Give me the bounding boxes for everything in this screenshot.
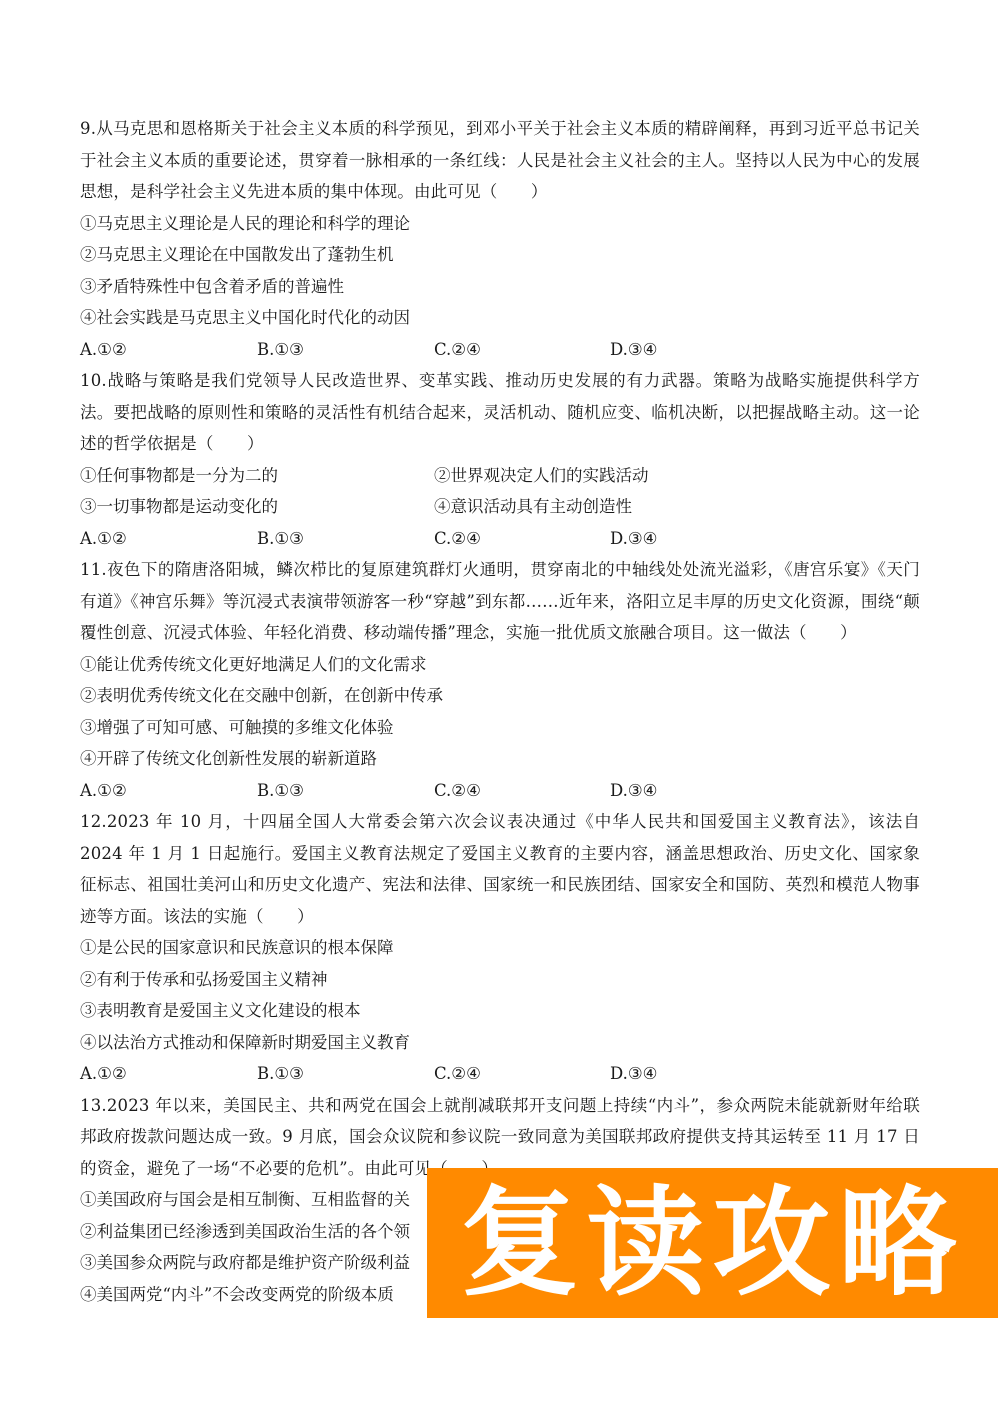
answer-b: B.①③ (257, 523, 434, 555)
answer-choices: A.①② B.①③ C.②④ D.③④ (80, 523, 920, 555)
option-1: ①能让优秀传统文化更好地满足人们的文化需求 (80, 649, 920, 681)
answer-b: B.①③ (257, 1058, 434, 1090)
option-2: ②表明优秀传统文化在交融中创新，在创新中传承 (80, 680, 920, 712)
answer-a: A.①② (80, 1058, 257, 1090)
option-4: ④开辟了传统文化创新性发展的崭新道路 (80, 743, 920, 775)
option-2: ②有利于传承和弘扬爱国主义精神 (80, 964, 920, 996)
answer-d: D.③④ (610, 1058, 786, 1090)
option-grid: ①任何事物都是一分为二的 ②世界观决定人们的实践活动 ③一切事物都是运动变化的 … (80, 460, 920, 523)
option-2: ②马克思主义理论在中国散发出了蓬勃生机 (80, 239, 920, 271)
answer-c: C.②④ (434, 334, 610, 366)
answer-c: C.②④ (434, 1058, 610, 1090)
question-11: 11.夜色下的隋唐洛阳城，鳞次栉比的复原建筑群灯火通明，贯穿南北的中轴线处处流光… (80, 554, 920, 806)
answer-choices: A.①② B.①③ C.②④ D.③④ (80, 775, 920, 807)
answer-b: B.①③ (257, 775, 434, 807)
answer-c: C.②④ (434, 523, 610, 555)
option-2: ②世界观决定人们的实践活动 (434, 460, 788, 492)
option-3: ③表明教育是爱国主义文化建设的根本 (80, 995, 920, 1027)
option-3: ③一切事物都是运动变化的 (80, 491, 434, 523)
answer-a: A.①② (80, 775, 257, 807)
answer-d: D.③④ (610, 334, 786, 366)
question-stem: 11.夜色下的隋唐洛阳城，鳞次栉比的复原建筑群灯火通明，贯穿南北的中轴线处处流光… (80, 554, 920, 649)
answer-c: C.②④ (434, 775, 610, 807)
option-1: ①马克思主义理论是人民的理论和科学的理论 (80, 208, 920, 240)
option-4: ④以法治方式推动和保障新时期爱国主义教育 (80, 1027, 920, 1059)
watermark-text: 复读攻略 (460, 1184, 964, 1302)
option-1: ①任何事物都是一分为二的 (80, 460, 434, 492)
answer-d: D.③④ (610, 775, 786, 807)
question-12: 12.2023 年 10 月，十四届全国人大常委会第六次会议表决通过《中华人民共… (80, 806, 920, 1090)
answer-d: D.③④ (610, 523, 786, 555)
option-1: ①是公民的国家意识和民族意识的根本保障 (80, 932, 920, 964)
question-9: 9.从马克思和恩格斯关于社会主义本质的科学预见，到邓小平关于社会主义本质的精辟阐… (80, 113, 920, 365)
question-stem: 12.2023 年 10 月，十四届全国人大常委会第六次会议表决通过《中华人民共… (80, 806, 920, 932)
question-10: 10.战略与策略是我们党领导人民改造世界、变革实践、推动历史发展的有力武器。策略… (80, 365, 920, 554)
answer-a: A.①② (80, 523, 257, 555)
option-4: ④意识活动具有主动创造性 (434, 491, 788, 523)
question-stem: 9.从马克思和恩格斯关于社会主义本质的科学预见，到邓小平关于社会主义本质的精辟阐… (80, 113, 920, 208)
option-3: ③矛盾特殊性中包含着矛盾的普遍性 (80, 271, 920, 303)
watermark-banner: 复读攻略 (427, 1168, 998, 1318)
question-stem: 10.战略与策略是我们党领导人民改造世界、变革实践、推动历史发展的有力武器。策略… (80, 365, 920, 460)
option-4: ④社会实践是马克思主义中国化时代化的动因 (80, 302, 920, 334)
exam-page: 9.从马克思和恩格斯关于社会主义本质的科学预见，到邓小平关于社会主义本质的精辟阐… (80, 113, 920, 1310)
answer-choices: A.①② B.①③ C.②④ D.③④ (80, 1058, 920, 1090)
answer-a: A.①② (80, 334, 257, 366)
option-3: ③增强了可知可感、可触摸的多维文化体验 (80, 712, 920, 744)
answer-choices: A.①② B.①③ C.②④ D.③④ (80, 334, 920, 366)
answer-b: B.①③ (257, 334, 434, 366)
